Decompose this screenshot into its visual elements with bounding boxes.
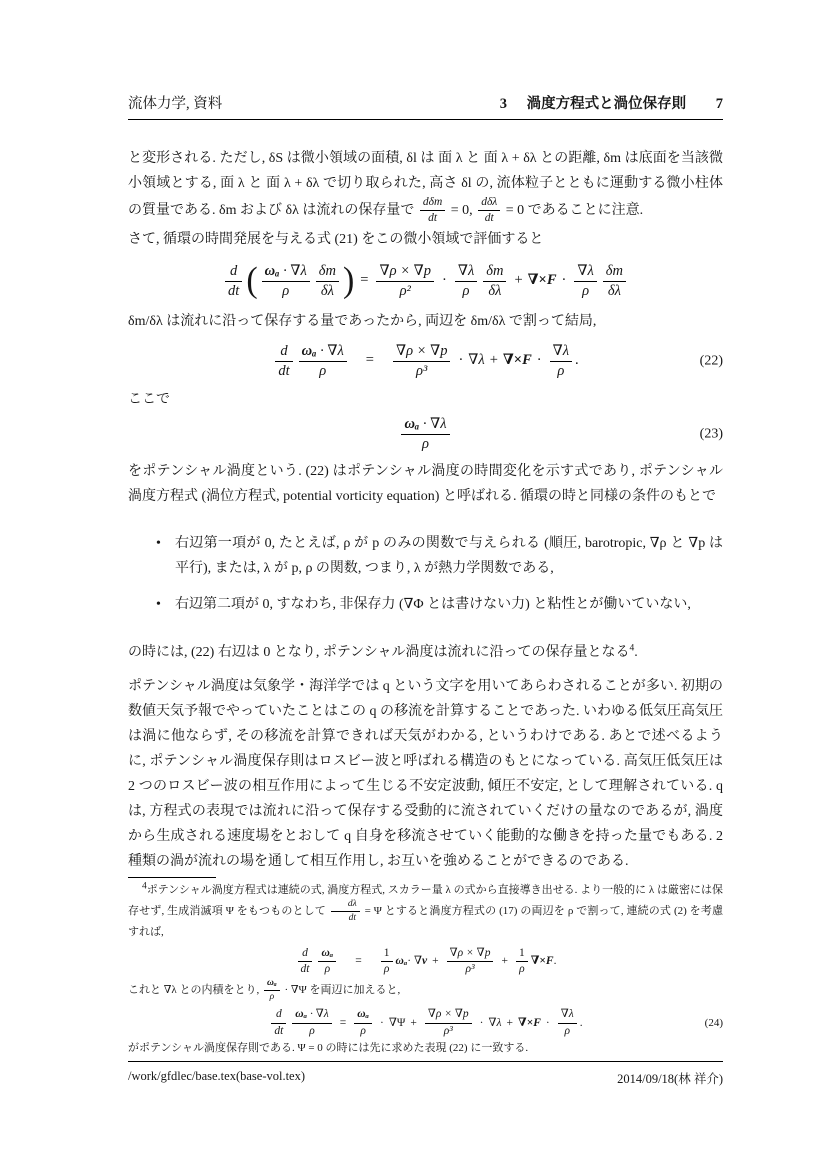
footnote-text: これと ∇λ との内積をとり, ωₐρ · ∇Ψ を両辺に加えると, <box>128 978 723 1003</box>
dot-operator: · <box>546 1017 550 1030</box>
fraction-wa-rho: ωₐρ <box>318 947 336 976</box>
fraction-d-dt: ddt <box>298 947 313 976</box>
text-run: · ∇Ψ を両辺に加えると, <box>282 984 400 996</box>
equals-sign: = <box>340 1017 347 1030</box>
fraction-dm-dl: δmδλ <box>483 263 506 299</box>
header-page-number: 7 <box>716 96 723 112</box>
force-symbol: F <box>533 1017 541 1030</box>
header-doc-title: 流体力学, 資料 <box>128 92 222 113</box>
fraction-pv: ωₐ · ∇λρ <box>292 1008 331 1037</box>
fraction-pv: ωₐ · ∇λρ <box>299 343 347 379</box>
footnote-rule <box>128 877 216 878</box>
equation-label-22: (22) <box>700 354 723 369</box>
fraction-d-dt: ddt <box>225 263 242 299</box>
plus-sign: + <box>501 955 508 968</box>
equation-label-24: (24) <box>705 1017 723 1029</box>
document-page: 流体力学, 資料 3 渦度方程式と渦位保存則 7 と変形される. ただし, δS… <box>0 0 826 1169</box>
fraction-baroclinic: ∇ρ × ∇pρ² <box>376 263 434 299</box>
fraction-baroclinic: ∇ρ × ∇pρ³ <box>425 1008 472 1037</box>
curl-symbol: ∇× <box>518 1017 533 1030</box>
equation-label-23: (23) <box>700 427 723 442</box>
grad-psi: ∇Ψ <box>389 1017 406 1030</box>
period: . <box>554 955 557 968</box>
list-item-first-term: 右辺第一項が 0, たとえば, ρ が p のみの関数で与えられる (順圧, b… <box>128 531 723 581</box>
header-section-title: 渦度方程式と渦位保存則 <box>527 96 687 112</box>
dot-operator: · <box>562 273 567 289</box>
paragraph-evaluate-circulation: さて, 循環の時間発展を与える式 (21) をこの微小領域で評価すると <box>128 227 723 252</box>
inline-fraction-ddm-dt: dδmdt <box>420 196 445 225</box>
equation-circulation-microregion: ddt ( ωₐ · ∇λρ δmδλ ) = ∇ρ × ∇pρ² · ∇λρ … <box>128 257 723 305</box>
footer-date-author: 2014/09/18(林 祥介) <box>617 1069 723 1087</box>
fraction-nla-rho: ∇λρ <box>574 263 596 299</box>
plus-sign: + <box>507 1017 514 1030</box>
text-run: の時には, (22) 右辺は 0 となり, ポテンシャル渦度は流れに沿っての保存… <box>128 645 630 660</box>
grad-lambda: ∇λ <box>489 1017 502 1030</box>
dot-operator: · <box>480 1017 484 1030</box>
fraction-dm-dl: δmδλ <box>316 263 339 299</box>
curl-symbol: ∇× <box>528 273 547 289</box>
fraction-nla-rho: ∇λρ <box>558 1008 577 1037</box>
text-run: . <box>634 645 638 660</box>
dot-operator: · <box>458 353 463 369</box>
grad-lambda: ∇λ <box>468 353 484 369</box>
curl-symbol: ∇× <box>503 353 522 369</box>
fraction-one-rho: 1ρ <box>381 947 393 976</box>
footnote-text: 4ポテンシャル渦度方程式は連続の式, 渦度方程式, スカラー量 λ の式から直接… <box>128 882 723 941</box>
equation-23: ωₐ · ∇λρ (23) <box>128 413 723 455</box>
equation-22: ddt ωₐ · ∇λρ = ∇ρ × ∇pρ³ · ∇λ + ∇×F · ∇λ… <box>128 339 723 383</box>
fraction-baroclinic: ∇ρ × ∇pρ³ <box>393 343 451 379</box>
fraction-baroclinic: ∇ρ × ∇pρ³ <box>447 947 494 976</box>
fraction-d-dt: ddt <box>275 343 292 379</box>
fraction-d-dt: ddt <box>271 1008 286 1037</box>
fraction-dm-dl: δmδλ <box>603 263 626 299</box>
footnote-text: がポテンシャル渦度保存則である. Ψ = 0 の時には先に求めた表現 (22) … <box>128 1040 723 1057</box>
velocity-symbol: v <box>422 955 427 968</box>
footnote-equation-vorticity: ddt ωₐρ = 1ρ ωₐ · ∇v + ∇ρ × ∇pρ³ + 1ρ ∇×… <box>128 944 723 978</box>
paragraph-definition: と変形される. ただし, δS は微小領域の面積, δl は 面 λ と 面 λ… <box>128 146 723 225</box>
fraction-wa-rho: ωₐρ <box>354 1008 372 1037</box>
force-symbol: F <box>547 273 557 289</box>
list-item-second-term: 右辺第二項が 0, すなわち, 非保存力 (∇Φ とは書けない力) と粘性とが働… <box>128 592 723 617</box>
footnote-block: 4ポテンシャル渦度方程式は連続の式, 渦度方程式, スカラー量 λ の式から直接… <box>128 877 723 1057</box>
footnote-equation-24: ddt ωₐ · ∇λρ = ωₐρ · ∇Ψ + ∇ρ × ∇pρ³ · ∇λ… <box>128 1006 723 1040</box>
curl-symbol: ∇× <box>531 955 546 968</box>
omega-a: ωₐ <box>396 955 408 968</box>
fraction-one-rho: 1ρ <box>516 947 528 976</box>
paragraph-divide-both-sides: δm/δλ は流れに沿って保存する量であったから, 両辺を δm/δλ で割って… <box>128 309 723 334</box>
plus-sign: + <box>432 955 439 968</box>
inline-fraction-ddl-dt: dδλdt <box>478 196 500 225</box>
running-header: 流体力学, 資料 3 渦度方程式と渦位保存則 7 <box>128 92 723 113</box>
header-section-number: 3 <box>500 96 507 112</box>
period: . <box>575 353 579 369</box>
equals-sign: = <box>366 353 374 369</box>
inline-fraction-dl-dt: dλdt <box>331 899 360 924</box>
footer-file-path: /work/gfdlec/base.tex(base-vol.tex) <box>128 1069 305 1087</box>
force-symbol: F <box>522 353 532 369</box>
text-run: = 0, <box>451 203 476 218</box>
text-run: これと ∇λ との内積をとり, <box>128 984 262 996</box>
header-section-block: 3 渦度方程式と渦位保存則 7 <box>500 92 723 113</box>
dot-operator: · <box>380 1017 384 1030</box>
fraction-pv: ωₐ · ∇λρ <box>262 263 310 299</box>
inline-fraction-wa-rho: ωₐρ <box>264 978 280 1003</box>
dot-operator: · <box>537 353 542 369</box>
paragraph-conservation: の時には, (22) 右辺は 0 となり, ポテンシャル渦度は流れに沿っての保存… <box>128 640 723 665</box>
dot-grad: · ∇ <box>407 955 422 968</box>
page-footer: /work/gfdlec/base.tex(base-vol.tex) 2014… <box>128 1061 723 1087</box>
condition-list: 右辺第一項が 0, たとえば, ρ が p のみの関数で与えられる (順圧, b… <box>128 531 723 617</box>
paragraph-pv-definition: をポテンシャル渦度という. (22) はポテンシャル渦度の時間変化を示す式であり… <box>128 459 723 509</box>
paragraph-meteorology: ポテンシャル渦度は気象学・海洋学では q という文字を用いてあらわされることが多… <box>128 674 723 874</box>
fraction-pv: ωₐ · ∇λρ <box>401 416 449 452</box>
equals-sign: = <box>360 273 368 289</box>
text-run: = 0 であることに注意. <box>506 203 643 218</box>
paragraph-kokode: ここで <box>128 387 723 412</box>
period: . <box>580 1017 583 1030</box>
equals-sign: = <box>355 955 362 968</box>
force-symbol: F <box>546 955 554 968</box>
header-rule <box>128 119 723 120</box>
fraction-nla-rho: ∇λρ <box>550 343 572 379</box>
plus-sign: + <box>514 273 522 289</box>
fraction-nla-rho: ∇λρ <box>455 263 477 299</box>
plus-sign: + <box>410 1017 417 1030</box>
dot-operator: · <box>442 273 447 289</box>
plus-sign: + <box>490 353 498 369</box>
